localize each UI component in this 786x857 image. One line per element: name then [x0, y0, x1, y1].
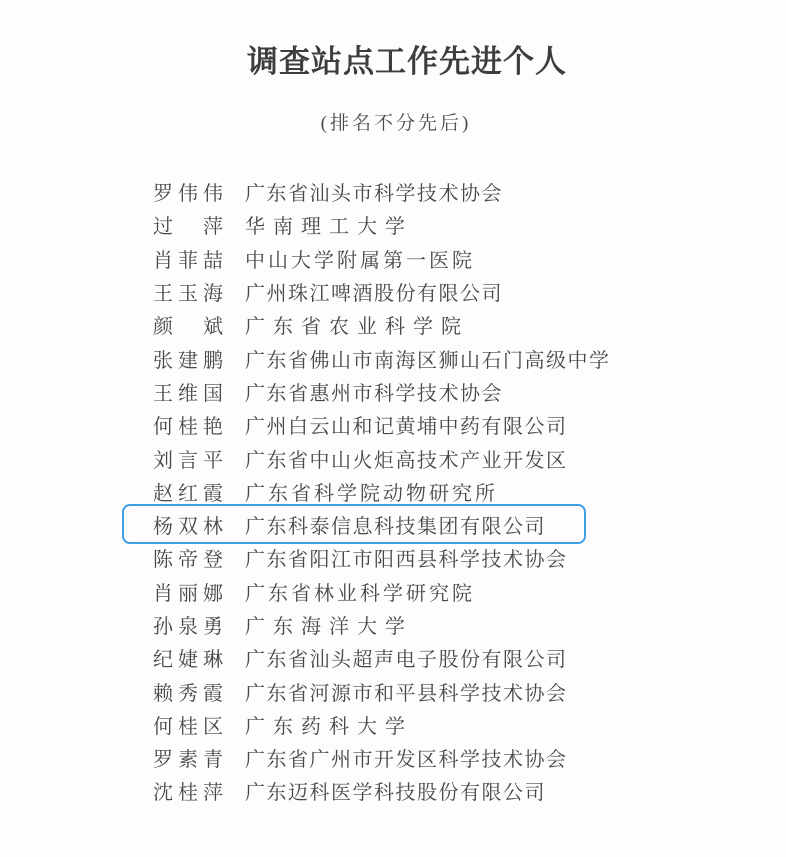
- organization-name: 广东省林业科学研究院: [245, 577, 475, 606]
- person-name: 王维国: [153, 377, 223, 406]
- list-item: 赵红霞 广东省科学院动物研究所: [153, 475, 611, 508]
- person-name: 颜 斌: [153, 310, 223, 339]
- organization-name: 广东省阳江市阳西县科学技术协会: [245, 543, 568, 572]
- organization-name: 华南理工大学: [245, 210, 413, 239]
- list-item: 张建鹏 广东省佛山市南海区狮山石门高级中学: [153, 341, 611, 374]
- person-name: 罗伟伟: [153, 177, 223, 206]
- list-item: 杨双林 广东科泰信息科技集团有限公司: [153, 508, 611, 541]
- person-name: 肖菲喆: [153, 244, 223, 273]
- document-page: 调查站点工作先进个人 (排名不分先后) 罗伟伟 广东省汕头市科学技术协会 过 萍…: [0, 0, 786, 857]
- organization-name: 广东省佛山市南海区狮山石门高级中学: [245, 344, 611, 373]
- person-name: 刘言平: [153, 444, 223, 473]
- person-name: 肖丽娜: [153, 577, 223, 606]
- page-title: 调查站点工作先进个人: [28, 44, 786, 80]
- person-name: 张建鹏: [153, 344, 223, 373]
- organization-name: 广东药科大学: [245, 710, 413, 739]
- person-name: 陈帝登: [153, 543, 223, 572]
- person-name: 罗素青: [153, 743, 223, 772]
- list-item: 罗伟伟 广东省汕头市科学技术协会: [153, 175, 611, 208]
- list-item: 肖菲喆 中山大学附属第一医院: [153, 242, 611, 275]
- person-name: 孙泉勇: [153, 610, 223, 639]
- list-item: 何桂艳 广州白云山和记黄埔中药有限公司: [153, 408, 611, 441]
- list-item: 何桂区 广东药科大学: [153, 708, 611, 741]
- list-item: 颜 斌 广东省农业科学院: [153, 308, 611, 341]
- page-subtitle: (排名不分先后): [6, 112, 786, 136]
- list-item: 过 萍 华南理工大学: [153, 208, 611, 241]
- person-name: 杨双林: [153, 510, 223, 539]
- organization-name: 广东省广州市开发区科学技术协会: [245, 743, 568, 772]
- person-name: 沈桂萍: [153, 776, 223, 805]
- organization-name: 中山大学附属第一医院: [245, 244, 475, 273]
- person-name: 王玉海: [153, 277, 223, 306]
- organization-name: 广东迈科医学科技股份有限公司: [245, 776, 546, 805]
- organization-name: 广东省农业科学院: [245, 310, 469, 339]
- organization-name: 广州白云山和记黄埔中药有限公司: [245, 410, 568, 439]
- person-name: 纪婕琳: [153, 643, 223, 672]
- list-item: 肖丽娜 广东省林业科学研究院: [153, 575, 611, 608]
- organization-name: 广东省河源市和平县科学技术协会: [245, 677, 568, 706]
- organization-name: 广东海洋大学: [245, 610, 413, 639]
- list-item: 沈桂萍 广东迈科医学科技股份有限公司: [153, 774, 611, 807]
- list-item: 陈帝登 广东省阳江市阳西县科学技术协会: [153, 541, 611, 574]
- organization-name: 广东省汕头市科学技术协会: [245, 177, 503, 206]
- organization-name: 广东省汕头超声电子股份有限公司: [245, 643, 568, 672]
- person-name: 赵红霞: [153, 477, 223, 506]
- list-item: 王玉海 广州珠江啤酒股份有限公司: [153, 275, 611, 308]
- list-item: 孙泉勇 广东海洋大学: [153, 608, 611, 641]
- organization-name: 广东科泰信息科技集团有限公司: [245, 510, 546, 539]
- organization-name: 广东省中山火炬高技术产业开发区: [245, 444, 568, 473]
- person-name: 过 萍: [153, 210, 223, 239]
- person-name: 赖秀霞: [153, 677, 223, 706]
- organization-name: 广东省科学院动物研究所: [245, 477, 498, 506]
- list-item: 纪婕琳 广东省汕头超声电子股份有限公司: [153, 641, 611, 674]
- organization-name: 广州珠江啤酒股份有限公司: [245, 277, 503, 306]
- list-item: 赖秀霞 广东省河源市和平县科学技术协会: [153, 674, 611, 707]
- list-item: 罗素青 广东省广州市开发区科学技术协会: [153, 741, 611, 774]
- list-item: 王维国 广东省惠州市科学技术协会: [153, 375, 611, 408]
- awardee-list: 罗伟伟 广东省汕头市科学技术协会 过 萍 华南理工大学 肖菲喆 中山大学附属第一…: [153, 175, 611, 808]
- list-item: 刘言平 广东省中山火炬高技术产业开发区: [153, 441, 611, 474]
- person-name: 何桂艳: [153, 410, 223, 439]
- organization-name: 广东省惠州市科学技术协会: [245, 377, 503, 406]
- person-name: 何桂区: [153, 710, 223, 739]
